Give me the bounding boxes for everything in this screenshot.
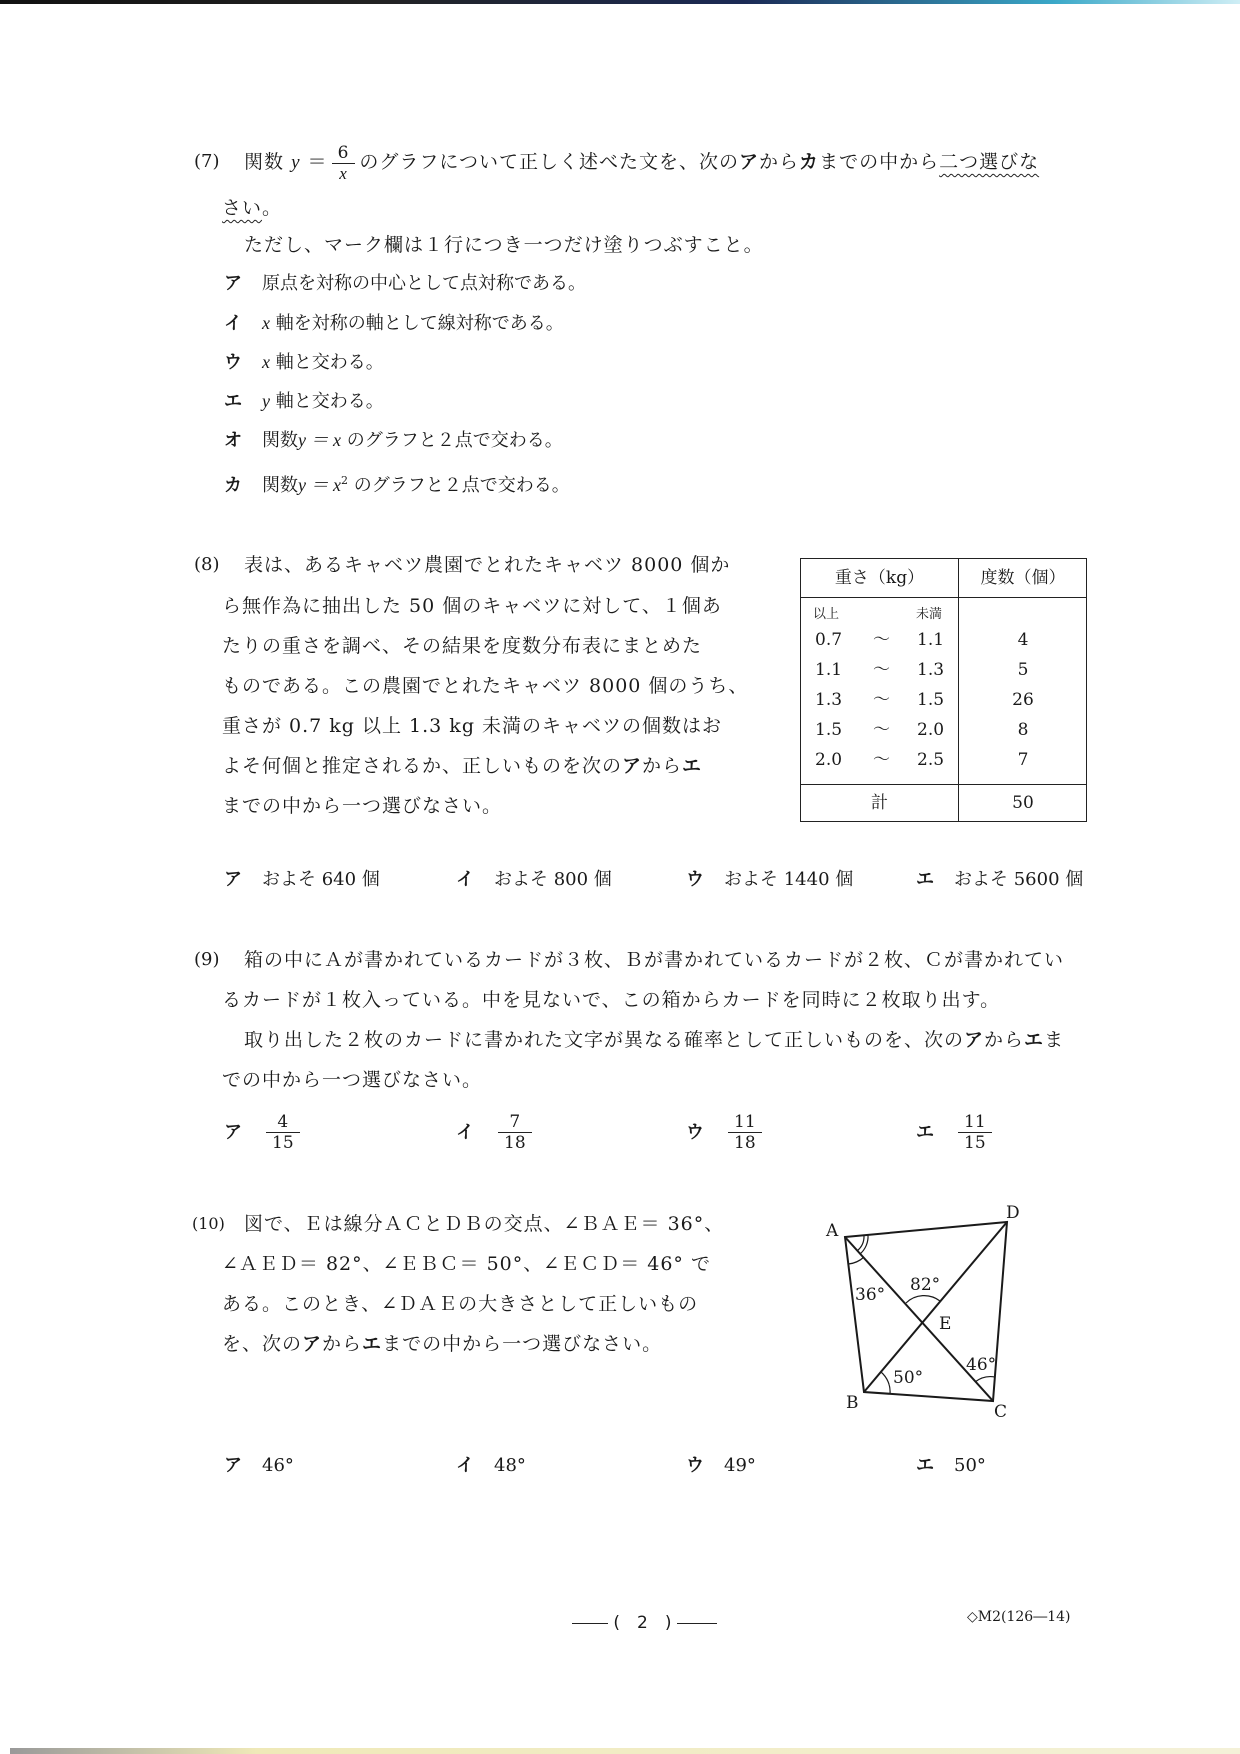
option-i: イx 軸を対称の軸として線対称である。: [224, 311, 564, 336]
angle-label-ecd: 46°: [966, 1355, 996, 1375]
question-8-line1: 表は、あるキャベツ農園でとれたキャベツ 8000 個か: [244, 553, 730, 577]
question-7-note: ただし、マーク欄は１行につき一つだけ塗りつぶすこと。: [244, 233, 764, 257]
emphasis-choose-two: 二つ選びな: [939, 151, 1039, 173]
question-7-line1: 関数 y ＝6xのグラフについて正しく述べた文を、次のアからカまでの中から二つ選…: [244, 138, 1039, 187]
angle-arc-ecd: [975, 1377, 995, 1382]
angle-arc-aed: [906, 1296, 940, 1303]
quadrilateral-diagram: A D B C E 36° 82° 50° 46°: [800, 1190, 1040, 1430]
question-7-line2: さい。: [222, 196, 282, 220]
angle-label-aed: 82°: [910, 1275, 940, 1295]
option-a: ア46°: [224, 1454, 294, 1478]
option-u: ウx 軸と交わる。: [224, 350, 384, 375]
question-10-line1: 図で、Ｅは線分ＡＣとＤＢの交点、∠ＢＡＥ＝ 36°、: [244, 1212, 724, 1236]
fraction: 718: [498, 1112, 532, 1153]
header-weight: 重さ（kg）: [801, 567, 958, 589]
fraction: 1115: [958, 1112, 992, 1153]
label-ijou: 以上: [813, 604, 839, 626]
scan-edge-bottom: [10, 1748, 1240, 1754]
option-o: オ関数y ＝ x のグラフと２点で交わる。: [224, 428, 563, 453]
total-label: 計: [801, 792, 958, 814]
page-number: ( 2 ): [572, 1608, 717, 1633]
question-number: (8): [194, 553, 220, 577]
header-frequency: 度数（個）: [959, 567, 1087, 589]
option-e: エy 軸と交わる。: [224, 389, 384, 414]
point-a-label: A: [825, 1221, 839, 1241]
option-e: エおよそ 5600 個: [916, 868, 1083, 892]
exam-code: ◇M2(126―14): [967, 1609, 1070, 1625]
total-value: 50: [959, 792, 1087, 814]
label-miman: 未満: [916, 604, 942, 626]
question-number: (9): [194, 948, 220, 972]
table-divider: [801, 597, 1086, 598]
question-9-line2: るカードが１枚入っている。中を見ないで、この箱からカードを同時に２枚取り出す。: [222, 988, 1000, 1012]
question-8-line3: たりの重さを調べ、その結果を度数分布表にまとめた: [222, 634, 702, 658]
option-e: エ1115: [916, 1112, 996, 1153]
angle-label-ebc: 50°: [893, 1368, 923, 1388]
fraction-6-over-x: 6x: [332, 143, 356, 184]
dash-left: [572, 1623, 608, 1624]
option-a: ア415: [224, 1112, 304, 1153]
option-u: ウおよそ 1440 個: [686, 868, 853, 892]
option-e: エ50°: [916, 1454, 986, 1478]
angle-arc-bae: [849, 1257, 865, 1264]
point-e-label: E: [939, 1314, 951, 1334]
question-8-line6: よそ何個と推定されるか、正しいものを次のアからエ: [222, 754, 702, 778]
dash-right: [677, 1623, 717, 1624]
option-i: イ48°: [456, 1454, 526, 1478]
point-b-label: B: [846, 1393, 859, 1413]
table-divider: [801, 784, 1086, 785]
question-8-line7: までの中から一つ選びなさい。: [222, 794, 502, 818]
question-8-line4: ものである。この農園でとれたキャベツ 8000 個のうち、: [222, 674, 748, 698]
fraction: 415: [266, 1112, 300, 1153]
question-8-line2: ら無作為に抽出した 50 個のキャベツに対して、１個あ: [222, 594, 722, 618]
scan-edge-top: [0, 0, 1240, 4]
option-u: ウ1118: [686, 1112, 766, 1153]
question-9-line1: 箱の中にＡが書かれているカードが３枚、Ｂが書かれているカードが２枚、Ｃが書かれて…: [244, 948, 1064, 972]
question-number: (10): [192, 1212, 225, 1236]
question-9-line4: での中から一つ選びなさい。: [222, 1068, 482, 1092]
fraction: 1118: [728, 1112, 762, 1153]
option-u: ウ49°: [686, 1454, 756, 1478]
question-8-line5: 重さが 0.7 kg 以上 1.3 kg 未満のキャベツの個数はお: [222, 714, 722, 738]
angle-label-bae: 36°: [855, 1285, 885, 1305]
option-ka: カ関数y ＝ x2 のグラフと２点で交わる。: [224, 469, 570, 498]
question-10-line2: ∠ＡＥＤ＝ 82°、∠ＥＢＣ＝ 50°、∠ＥＣＤ＝ 46° で: [222, 1252, 711, 1276]
frequency-table: 重さ（kg） 度数（個） 以上 未満 0.7 ～ 1.1 4 1.1 ～ 1.3…: [800, 558, 1087, 822]
question-number: (7): [194, 150, 220, 174]
option-i: イおよそ 800 個: [456, 868, 612, 892]
option-a: ア原点を対称の中心として点対称である。: [224, 272, 586, 296]
angle-arc-dae-inner: [857, 1236, 864, 1252]
question-10-line3: ある。このとき、∠ＤＡＥの大きさとして正しいもの: [222, 1292, 698, 1316]
option-i: イ718: [456, 1112, 536, 1153]
angle-arc-ebc: [881, 1372, 890, 1394]
question-9-line3: 取り出した２枚のカードに書かれた文字が異なる確率として正しいものを、次のアからエ…: [244, 1028, 1064, 1052]
question-10-line4: を、次のアからエまでの中から一つ選びなさい。: [222, 1332, 662, 1356]
point-c-label: C: [994, 1402, 1007, 1422]
point-d-label: D: [1006, 1203, 1020, 1223]
option-a: アおよそ 640 個: [224, 868, 380, 892]
